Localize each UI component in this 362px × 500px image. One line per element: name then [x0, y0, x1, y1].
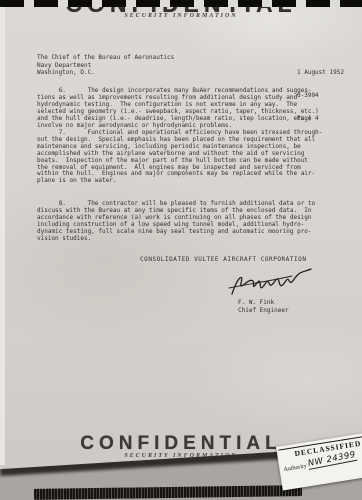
paper-left-edge	[0, 0, 5, 465]
signature-scribble	[226, 267, 314, 300]
addressee-block: The Chief of the Bureau of Aeronautics N…	[37, 54, 174, 77]
film-edge-top	[0, 0, 362, 7]
paragraph-8: 8. The contractor will be pleased to fur…	[37, 201, 331, 242]
security-information-subtitle-top: SECURITY INFORMATION	[0, 13, 362, 19]
film-edge-bottom	[34, 485, 302, 500]
signer-title: Chief Engineer	[238, 307, 289, 314]
paragraph-7: 7. Functional and operational efficiency…	[37, 130, 331, 185]
scanned-document: CONFIDENTIAL SECURITY INFORMATION The Ch…	[0, 0, 362, 500]
stamp-authority-label: Authority	[283, 463, 307, 473]
company-name: CONSOLIDATED VULTEE AIRCRAFT CORPORATION	[140, 256, 307, 263]
paragraph-6: 6. The design incorporates many BuAer re…	[37, 88, 331, 129]
letter-date: 1 August 1952	[297, 69, 344, 77]
document-page: CONFIDENTIAL SECURITY INFORMATION The Ch…	[0, 0, 362, 472]
signer-name: F. W. Fink	[238, 299, 274, 306]
